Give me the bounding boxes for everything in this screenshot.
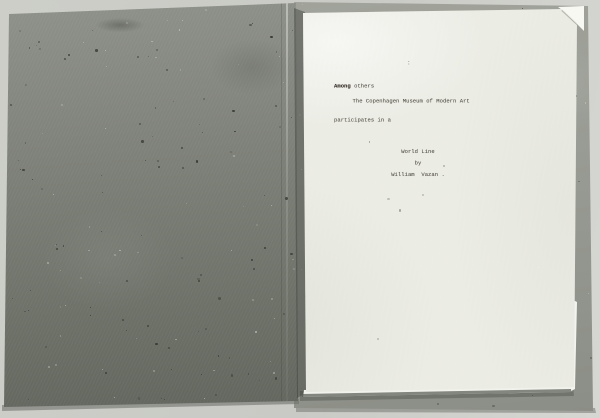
typed-title: World Line xyxy=(360,149,476,156)
typed-author: William Vazan . xyxy=(360,172,476,179)
typed-word-others: others xyxy=(351,84,374,91)
typed-byline: by xyxy=(360,161,476,168)
typed-colon-mark: : xyxy=(407,60,411,67)
typed-line-participates: participates in a xyxy=(334,118,391,125)
typed-text-layer: : Among others The Copenhagen Museum of … xyxy=(0,0,600,418)
typed-word-among: Among xyxy=(334,84,351,90)
typed-line-institution: The Copenhagen Museum of Modern Art xyxy=(353,99,470,106)
photo-canvas: : Among others The Copenhagen Museum of … xyxy=(0,0,600,418)
typed-line-among-others: Among others xyxy=(334,84,351,91)
